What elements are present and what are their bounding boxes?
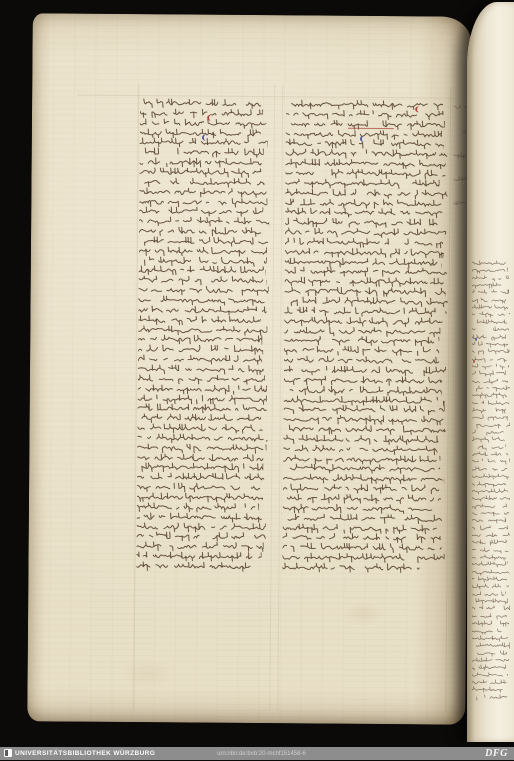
edge-script-line [472,378,510,385]
script-line [282,561,445,574]
edge-script-line [472,642,510,649]
next-page-edge [467,2,514,742]
edge-script-line [472,356,510,363]
edge-script-line [472,503,510,510]
edge-script-line [472,510,510,517]
edge-script-line [472,532,510,539]
edge-script-line [472,481,510,488]
edge-script-line [472,672,510,679]
edge-script-line [472,414,510,421]
edge-script-line [472,319,510,326]
ruling-line [269,85,275,710]
edge-script-line [472,591,510,598]
edge-script-line [472,385,510,392]
paragraph-mark-blue [200,128,206,136]
marginal-note-stroke [454,153,466,159]
edge-script-line [472,429,510,436]
edge-rubric-speck [475,338,477,341]
edge-script-line [472,422,510,429]
edge-script-line [472,473,510,480]
edge-script-line [472,605,510,612]
edge-script-line [472,370,510,377]
paragraph-mark-red [205,108,211,116]
edge-script-line [472,334,510,341]
edge-script-line [472,539,510,546]
marginal-note-stroke [453,201,465,207]
footer-bar: UNIVERSITÄTSBIBLIOTHEK WÜRZBURG urn:nbn:… [0,747,514,760]
marginal-note-stroke [454,129,466,135]
digitized-manuscript-photo: UNIVERSITÄTSBIBLIOTHEK WÜRZBURG urn:nbn:… [0,0,514,761]
edge-script-line [472,569,510,576]
edge-script-line [472,304,510,311]
edge-script-line [472,488,510,495]
edge-script-line [472,583,510,590]
edge-script-line [472,554,510,561]
edge-script-line [472,341,510,348]
dfg-logo: DFG [485,748,508,759]
edge-script-line [472,694,510,701]
urn-label: urn:nbn:de:bvb:20-mchf151458-6 [217,751,306,757]
edge-script-line [472,547,510,554]
edge-script-line [472,664,510,671]
edge-script-line [472,495,510,502]
edge-script-line [472,458,510,465]
edge-script-line [472,436,510,443]
edge-script-line [472,517,510,524]
edge-script-line [472,311,510,318]
edge-script-line [472,392,510,399]
text-column-right [282,98,449,569]
edge-script-line [472,525,510,532]
library-name: UNIVERSITÄTSBIBLIOTHEK WÜRZBURG [15,750,155,757]
edge-script-line [472,466,510,473]
edge-script-line [472,282,510,289]
marginal-note-stroke [454,105,466,111]
marginal-note-stroke [453,177,465,183]
text-column-left [136,97,270,568]
edge-script-line [472,620,510,627]
ruling-line [277,85,283,710]
edge-script-line [472,444,510,451]
paragraph-mark-blue [358,129,364,137]
edge-script-line [472,628,510,635]
marginal-notes [33,13,471,16]
paragraph-mark-red [413,100,419,108]
edge-script-line [472,267,510,274]
edge-script-line [472,289,510,296]
edge-script-line [472,686,510,693]
edge-script-line [472,407,510,414]
edge-script-line [472,613,510,620]
edge-script-line [472,650,510,657]
edge-script-line [472,326,510,333]
edge-script-line [472,275,510,282]
edge-script-line [472,598,510,605]
edge-script-line [472,348,510,355]
edge-script-line [472,363,510,370]
edge-script-line [472,297,510,304]
edge-script-line [472,561,510,568]
edge-rubric-speck [473,360,475,363]
script-line [136,560,266,573]
edge-script-line [472,400,510,407]
edge-script-line [472,679,510,686]
edge-script-line [472,451,510,458]
manuscript-page [27,13,471,724]
edge-script-line [472,635,510,642]
library-logo-icon [4,749,12,757]
edge-script-line [472,576,510,583]
edge-script-line [472,260,510,267]
edge-script-line [472,657,510,664]
